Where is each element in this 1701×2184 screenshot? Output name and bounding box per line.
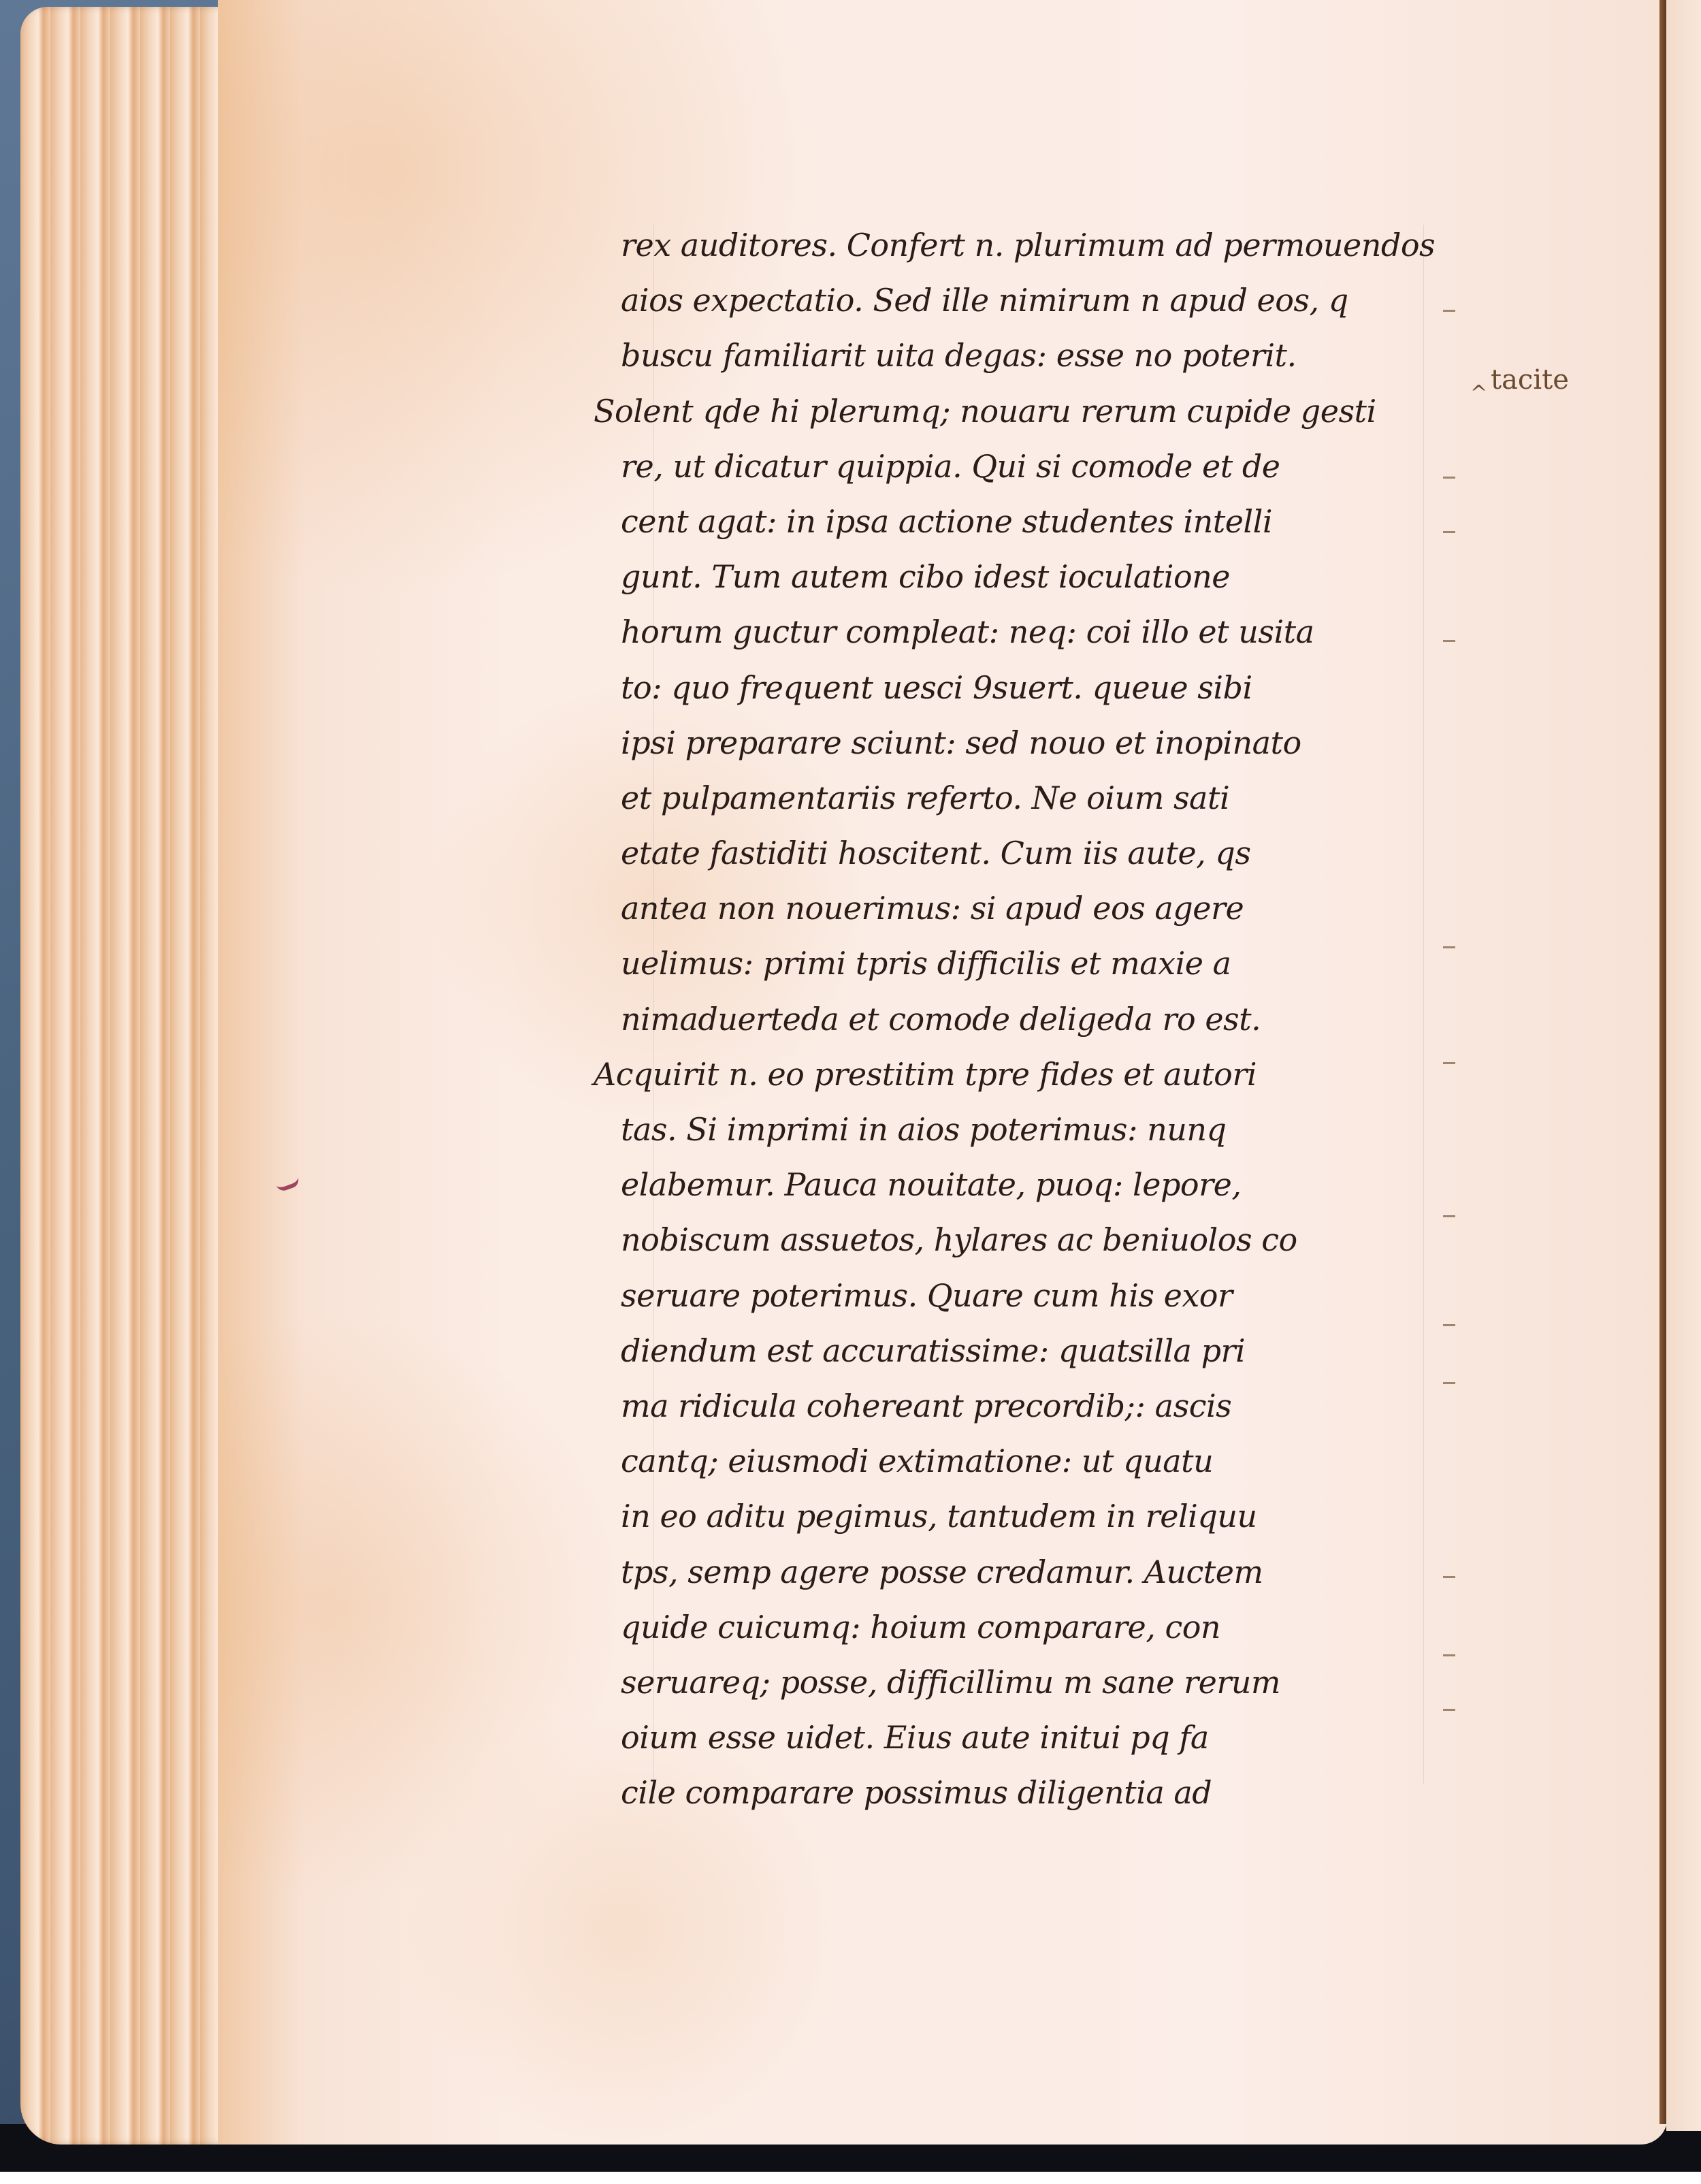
line-end-dash xyxy=(1443,477,1455,479)
text-block: rex auditores. Confert n. plurimum ad pe… xyxy=(621,218,1472,1820)
image-bottom-border xyxy=(0,2172,1701,2184)
line-end-dash xyxy=(1443,1062,1455,1064)
margin-annotation: tacite xyxy=(1491,364,1569,396)
line-end-dash xyxy=(1443,1215,1455,1217)
text-line: in eo aditu pegimus, tantudem in reliquu xyxy=(621,1489,1472,1544)
text-line: Acquirit n. eo prestitim tpre fides et a… xyxy=(594,1047,1472,1102)
text-line: cile comparare possimus diligentia ad xyxy=(621,1765,1472,1820)
line-end-dash xyxy=(1443,1654,1455,1656)
line-end-dash xyxy=(1443,1709,1455,1711)
text-line: tas. Si imprimi in aios poterimus: nunq xyxy=(621,1102,1472,1157)
text-line: oium esse uidet. Eius aute initui pq fa xyxy=(621,1710,1472,1765)
text-line: etate fastiditi hoscitent. Cum iis aute,… xyxy=(621,826,1472,881)
text-line: gunt. Tum autem cibo idest ioculatione xyxy=(621,549,1472,605)
page-stack-edges xyxy=(20,7,231,2145)
text-line: ipsi preparare sciunt: sed nouo et inopi… xyxy=(621,716,1472,771)
line-end-dash xyxy=(1443,531,1455,533)
line-end-dash xyxy=(1443,640,1455,642)
text-line: horum guctur compleat: neq: coi illo et … xyxy=(621,605,1472,660)
insertion-caret-icon: ^ xyxy=(1470,381,1487,405)
text-line: elabemur. Pauca nouitate, puoq: lepore, xyxy=(621,1157,1472,1213)
text-line: aios expectatio. Sed ille nimirum n apud… xyxy=(621,273,1472,328)
text-line: tps, semp agere posse credamur. Auctem xyxy=(621,1545,1472,1600)
text-line: nobiscum assuetos, hylares ac beniuolos … xyxy=(621,1213,1472,1268)
line-end-dash xyxy=(1443,1576,1455,1578)
text-line: rex auditores. Confert n. plurimum ad pe… xyxy=(621,218,1472,273)
text-line: uelimus: primi tpris difficilis et maxie… xyxy=(621,936,1472,991)
text-line: re, ut dicatur quippia. Qui si comode et… xyxy=(621,439,1472,494)
text-line: to: quo frequent uesci 9suert. queue sib… xyxy=(621,660,1472,716)
text-line: cantq; eiusmodi extimatione: ut quatu xyxy=(621,1434,1472,1489)
line-end-dash xyxy=(1443,1324,1455,1326)
line-end-dash xyxy=(1443,946,1455,948)
text-line: seruareq; posse, difficillimu m sane rer… xyxy=(621,1655,1472,1710)
text-line: cent agat: in ipsa actione studentes int… xyxy=(621,494,1472,549)
text-line: Solent qde hi plerumq; nouaru rerum cupi… xyxy=(594,384,1472,439)
text-line: diendum est accuratissime: quatsilla pri xyxy=(621,1323,1472,1379)
text-line: quide cuicumq: hoium comparare, con xyxy=(621,1600,1472,1655)
page-gutter-edge xyxy=(1659,0,1666,2124)
text-line: seruare poterimus. Quare cum his exor xyxy=(621,1268,1472,1323)
line-end-dash xyxy=(1443,310,1455,312)
text-line: nimaduerteda et comode deligeda ro est. xyxy=(621,992,1472,1047)
facing-page-edge xyxy=(1666,0,1701,2131)
text-line: ma ridicula cohereant precordib;: ascis xyxy=(621,1379,1472,1434)
text-line: antea non nouerimus: si apud eos agere xyxy=(621,881,1472,936)
text-line: et pulpamentariis referto. Ne oium sati xyxy=(621,771,1472,826)
line-end-dash xyxy=(1443,1382,1455,1384)
text-line: buscu familiarit uita degas: esse no pot… xyxy=(621,328,1472,383)
